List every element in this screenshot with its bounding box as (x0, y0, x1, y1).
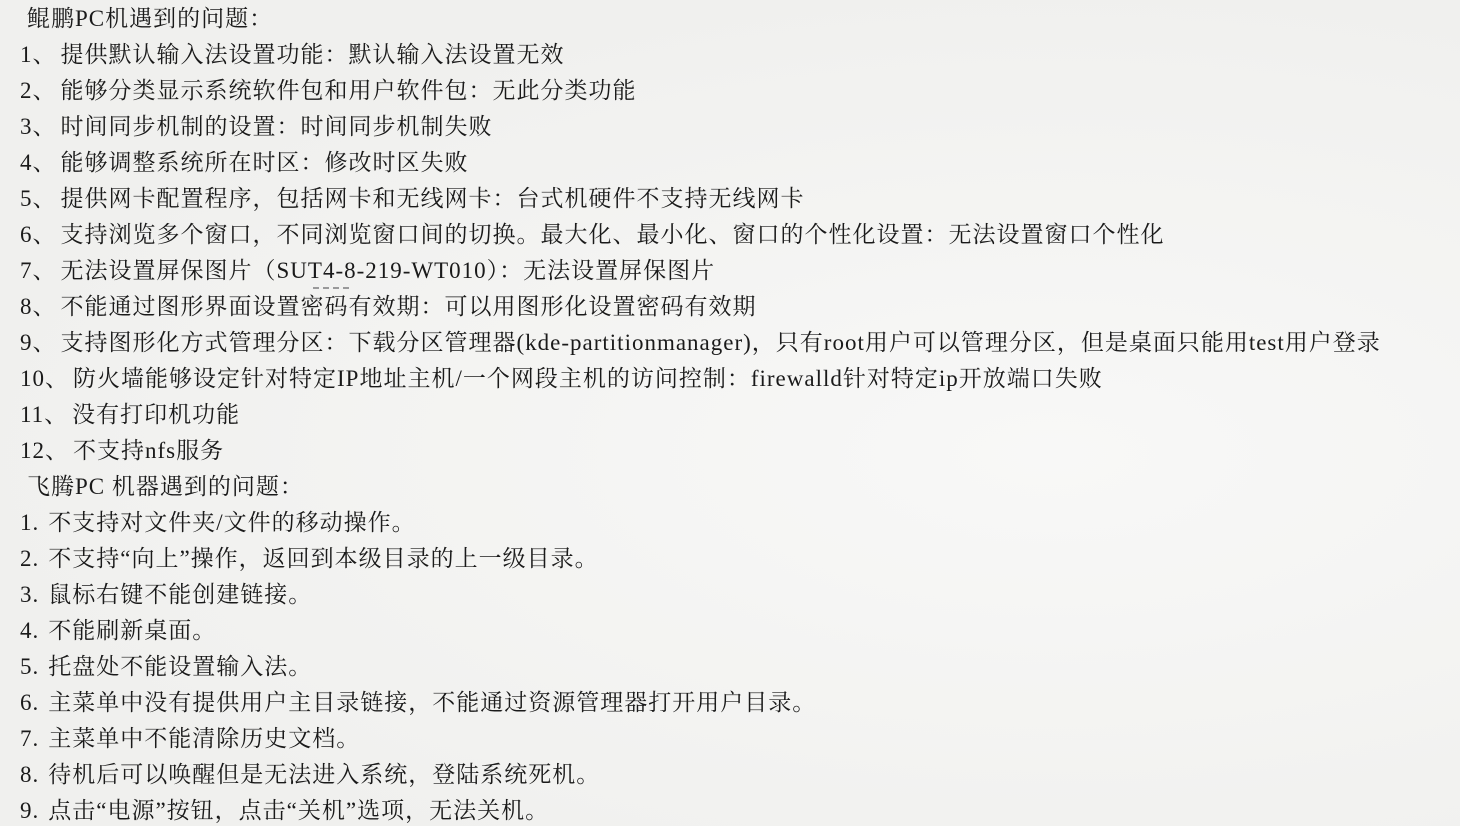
list-item: 7.主菜单中不能清除历史文档。 (0, 721, 1460, 757)
item-text: 支持图形化方式管理分区：下载分区管理器(kde-partitionmanager… (61, 330, 1381, 355)
item-text: 主菜单中没有提供用户主目录链接，不能通过资源管理器打开用户目录。 (48, 690, 816, 715)
item-number: 2、 (20, 78, 57, 103)
list-item: 6、支持浏览多个窗口，不同浏览窗口间的切换。最大化、最小化、窗口的个性化设置：无… (0, 217, 1460, 253)
list-item: 3.鼠标右键不能创建链接。 (0, 577, 1460, 613)
item-text: 能够分类显示系统软件包和用户软件包：无此分类功能 (61, 78, 637, 103)
item-number: 8. (20, 762, 39, 787)
item-number: 10、 (20, 366, 69, 391)
item-text: 不支持nfs服务 (73, 438, 224, 463)
item-number: 9. (20, 798, 39, 823)
item-number: 4. (20, 618, 39, 643)
list-item: 12、不支持nfs服务 (0, 433, 1460, 469)
list-item: 7、无法设置屏保图片（SUT4-8-219-WT010）：无法设置屏保图片 (0, 253, 1460, 289)
item-text: 防火墙能够设定针对特定IP地址主机/一个网段主机的访问控制：firewalld针… (73, 366, 1103, 391)
list-item: 3、时间同步机制的设置：时间同步机制失败 (0, 109, 1460, 145)
item-text: 提供默认输入法设置功能：默认输入法设置无效 (61, 42, 565, 67)
list-item: 9.点击“电源”按钮，点击“关机”选项，无法关机。 (0, 793, 1460, 826)
item-number: 5、 (20, 186, 57, 211)
spellcheck-dashes-decoration (313, 287, 349, 289)
item-text: 不支持“向上”操作，返回到本级目录的上一级目录。 (48, 546, 598, 571)
item-text: 鼠标右键不能创建链接。 (48, 582, 312, 607)
list-item: 4、能够调整系统所在时区：修改时区失败 (0, 145, 1460, 181)
section-title-kunpeng: 鲲鹏PC机遇到的问题： (0, 1, 1460, 37)
item-number: 1. (20, 510, 39, 535)
item-number: 1、 (20, 42, 57, 67)
list-item: 2、能够分类显示系统软件包和用户软件包：无此分类功能 (0, 73, 1460, 109)
document-page: { "page": { "background_color": "#f1f1ef… (0, 0, 1460, 826)
item-text: 点击“电源”按钮，点击“关机”选项，无法关机。 (48, 798, 549, 823)
item-number: 7、 (20, 258, 57, 283)
item-text: 主菜单中不能清除历史文档。 (48, 726, 360, 751)
list-item: 10、防火墙能够设定针对特定IP地址主机/一个网段主机的访问控制：firewal… (0, 361, 1460, 397)
item-text: 能够调整系统所在时区：修改时区失败 (61, 150, 469, 175)
item-text: 不能通过图形界面设置密码有效期：可以用图形化设置密码有效期 (61, 294, 757, 319)
item-number: 6. (20, 690, 39, 715)
item-number: 9、 (20, 330, 57, 355)
item-number: 3. (20, 582, 39, 607)
item-text: 支持浏览多个窗口，不同浏览窗口间的切换。最大化、最小化、窗口的个性化设置：无法设… (61, 222, 1165, 247)
list-item: 5、提供网卡配置程序，包括网卡和无线网卡：台式机硬件不支持无线网卡 (0, 181, 1460, 217)
item-text: 没有打印机功能 (72, 402, 240, 427)
item-number: 12、 (20, 438, 69, 463)
item-number: 2. (20, 546, 39, 571)
item-number: 4、 (20, 150, 57, 175)
item-number: 5. (20, 654, 39, 679)
list-item: 5.托盘处不能设置输入法。 (0, 649, 1460, 685)
list-item: 8.待机后可以唤醒但是无法进入系统，登陆系统死机。 (0, 757, 1460, 793)
item-text: 时间同步机制的设置：时间同步机制失败 (61, 114, 493, 139)
item-number: 11、 (20, 402, 68, 427)
item-number: 3、 (20, 114, 57, 139)
item-number: 6、 (20, 222, 57, 247)
item-text: 无法设置屏保图片（SUT4-8-219-WT010）：无法设置屏保图片 (61, 258, 716, 283)
item-text: 提供网卡配置程序，包括网卡和无线网卡：台式机硬件不支持无线网卡 (61, 186, 805, 211)
section-title-feiteng: 飞腾PC 机器遇到的问题： (0, 469, 1460, 505)
item-number: 8、 (20, 294, 57, 319)
list-item: 9、支持图形化方式管理分区：下载分区管理器(kde-partitionmanag… (0, 325, 1460, 361)
list-item: 4.不能刷新桌面。 (0, 613, 1460, 649)
item-text: 不能刷新桌面。 (48, 618, 216, 643)
item-text: 不支持对文件夹/文件的移动操作。 (48, 510, 415, 535)
problem-report: 鲲鹏PC机遇到的问题： 1、提供默认输入法设置功能：默认输入法设置无效 2、能够… (0, 0, 1460, 826)
list-item: 11、没有打印机功能 (0, 397, 1460, 433)
list-item: 1.不支持对文件夹/文件的移动操作。 (0, 505, 1460, 541)
list-item: 8、不能通过图形界面设置密码有效期：可以用图形化设置密码有效期 (0, 289, 1460, 325)
list-item: 2.不支持“向上”操作，返回到本级目录的上一级目录。 (0, 541, 1460, 577)
list-item: 1、提供默认输入法设置功能：默认输入法设置无效 (0, 37, 1460, 73)
item-number: 7. (20, 726, 39, 751)
item-text: 托盘处不能设置输入法。 (48, 654, 312, 679)
item-text: 待机后可以唤醒但是无法进入系统，登陆系统死机。 (48, 762, 600, 787)
list-item: 6.主菜单中没有提供用户主目录链接，不能通过资源管理器打开用户目录。 (0, 685, 1460, 721)
